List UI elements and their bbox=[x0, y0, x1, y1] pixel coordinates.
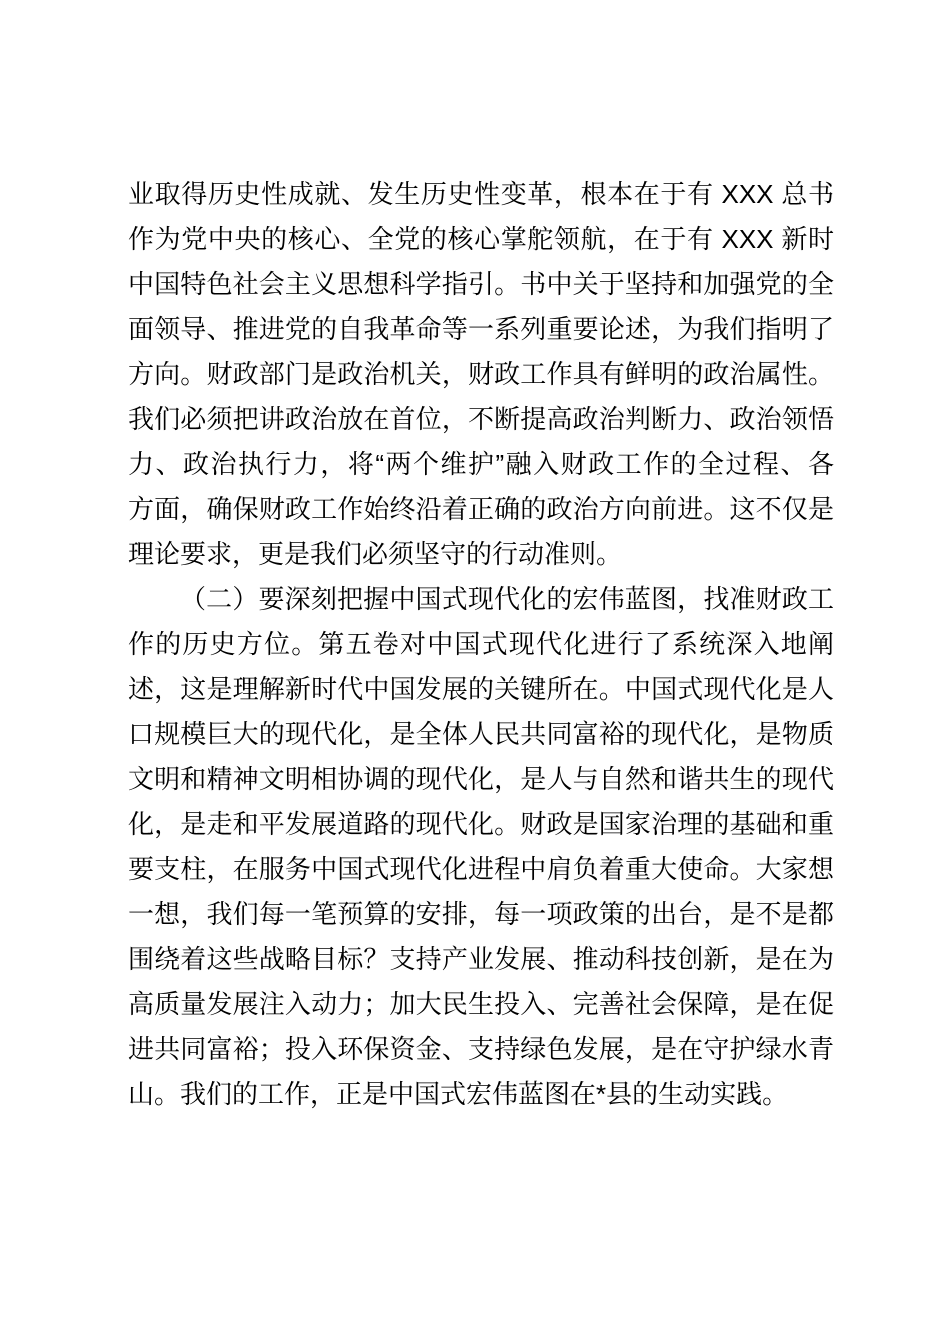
text-line-p2-2: 作的历史方位。第五卷对中国式现代化进行了系统深入地阐 bbox=[128, 622, 834, 667]
text-line-p2-10: 高质量发展注入动力；加大民生投入、完善社会保障，是在促 bbox=[128, 982, 834, 1027]
text-line-p1-7: 力、政治执行力，将“两个维护”融入财政工作的全过程、各 bbox=[128, 442, 834, 487]
text-line-p1-1: 业取得历史性成就、发生历史性变革，根本在于有 XXX 总书记 bbox=[128, 172, 834, 217]
text-line-p2-1: （二）要深刻把握中国式现代化的宏伟蓝图，找准财政工 bbox=[128, 577, 834, 622]
text-line-p2-7: 要支柱，在服务中国式现代化进程中肩负着重大使命。大家想 bbox=[128, 847, 834, 892]
text-line-p2-9: 围绕着这些战略目标？支持产业发展、推动科技创新，是在为 bbox=[128, 937, 834, 982]
text-line-p1-5: 方向。财政部门是政治机关，财政工作具有鲜明的政治属性。 bbox=[128, 352, 834, 397]
document-page: 业取得历史性成就、发生历史性变革，根本在于有 XXX 总书记作为党中央的核心、全… bbox=[0, 0, 950, 1344]
text-line-p2-4: 口规模巨大的现代化，是全体人民共同富裕的现代化，是物质 bbox=[128, 712, 834, 757]
text-line-p2-8: 一想，我们每一笔预算的安排，每一项政策的出台，是不是都 bbox=[128, 892, 834, 937]
text-line-p1-3: 中国特色社会主义思想科学指引。书中关于坚持和加强党的全 bbox=[128, 262, 834, 307]
text-line-p2-5: 文明和精神文明相协调的现代化，是人与自然和谐共生的现代 bbox=[128, 757, 834, 802]
text-line-p2-3: 述，这是理解新时代中国发展的关键所在。中国式现代化是人 bbox=[128, 667, 834, 712]
text-line-p1-8: 方面，确保财政工作始终沿着正确的政治方向前进。这不仅是 bbox=[128, 487, 834, 532]
text-line-p2-12: 山。我们的工作，正是中国式宏伟蓝图在*县的生动实践。 bbox=[128, 1072, 834, 1117]
text-line-p1-4: 面领导、推进党的自我革命等一系列重要论述，为我们指明了 bbox=[128, 307, 834, 352]
text-line-p1-6: 我们必须把讲政治放在首位，不断提高政治判断力、政治领悟 bbox=[128, 397, 834, 442]
text-line-p1-9: 理论要求，更是我们必须坚守的行动准则。 bbox=[128, 532, 834, 577]
text-line-p1-2: 作为党中央的核心、全党的核心掌舵领航，在于有 XXX 新时代 bbox=[128, 217, 834, 262]
text-line-p2-6: 化，是走和平发展道路的现代化。财政是国家治理的基础和重 bbox=[128, 802, 834, 847]
text-line-p2-11: 进共同富裕；投入环保资金、支持绿色发展，是在守护绿水青 bbox=[128, 1027, 834, 1072]
document-text-block: 业取得历史性成就、发生历史性变革，根本在于有 XXX 总书记作为党中央的核心、全… bbox=[128, 172, 834, 1117]
